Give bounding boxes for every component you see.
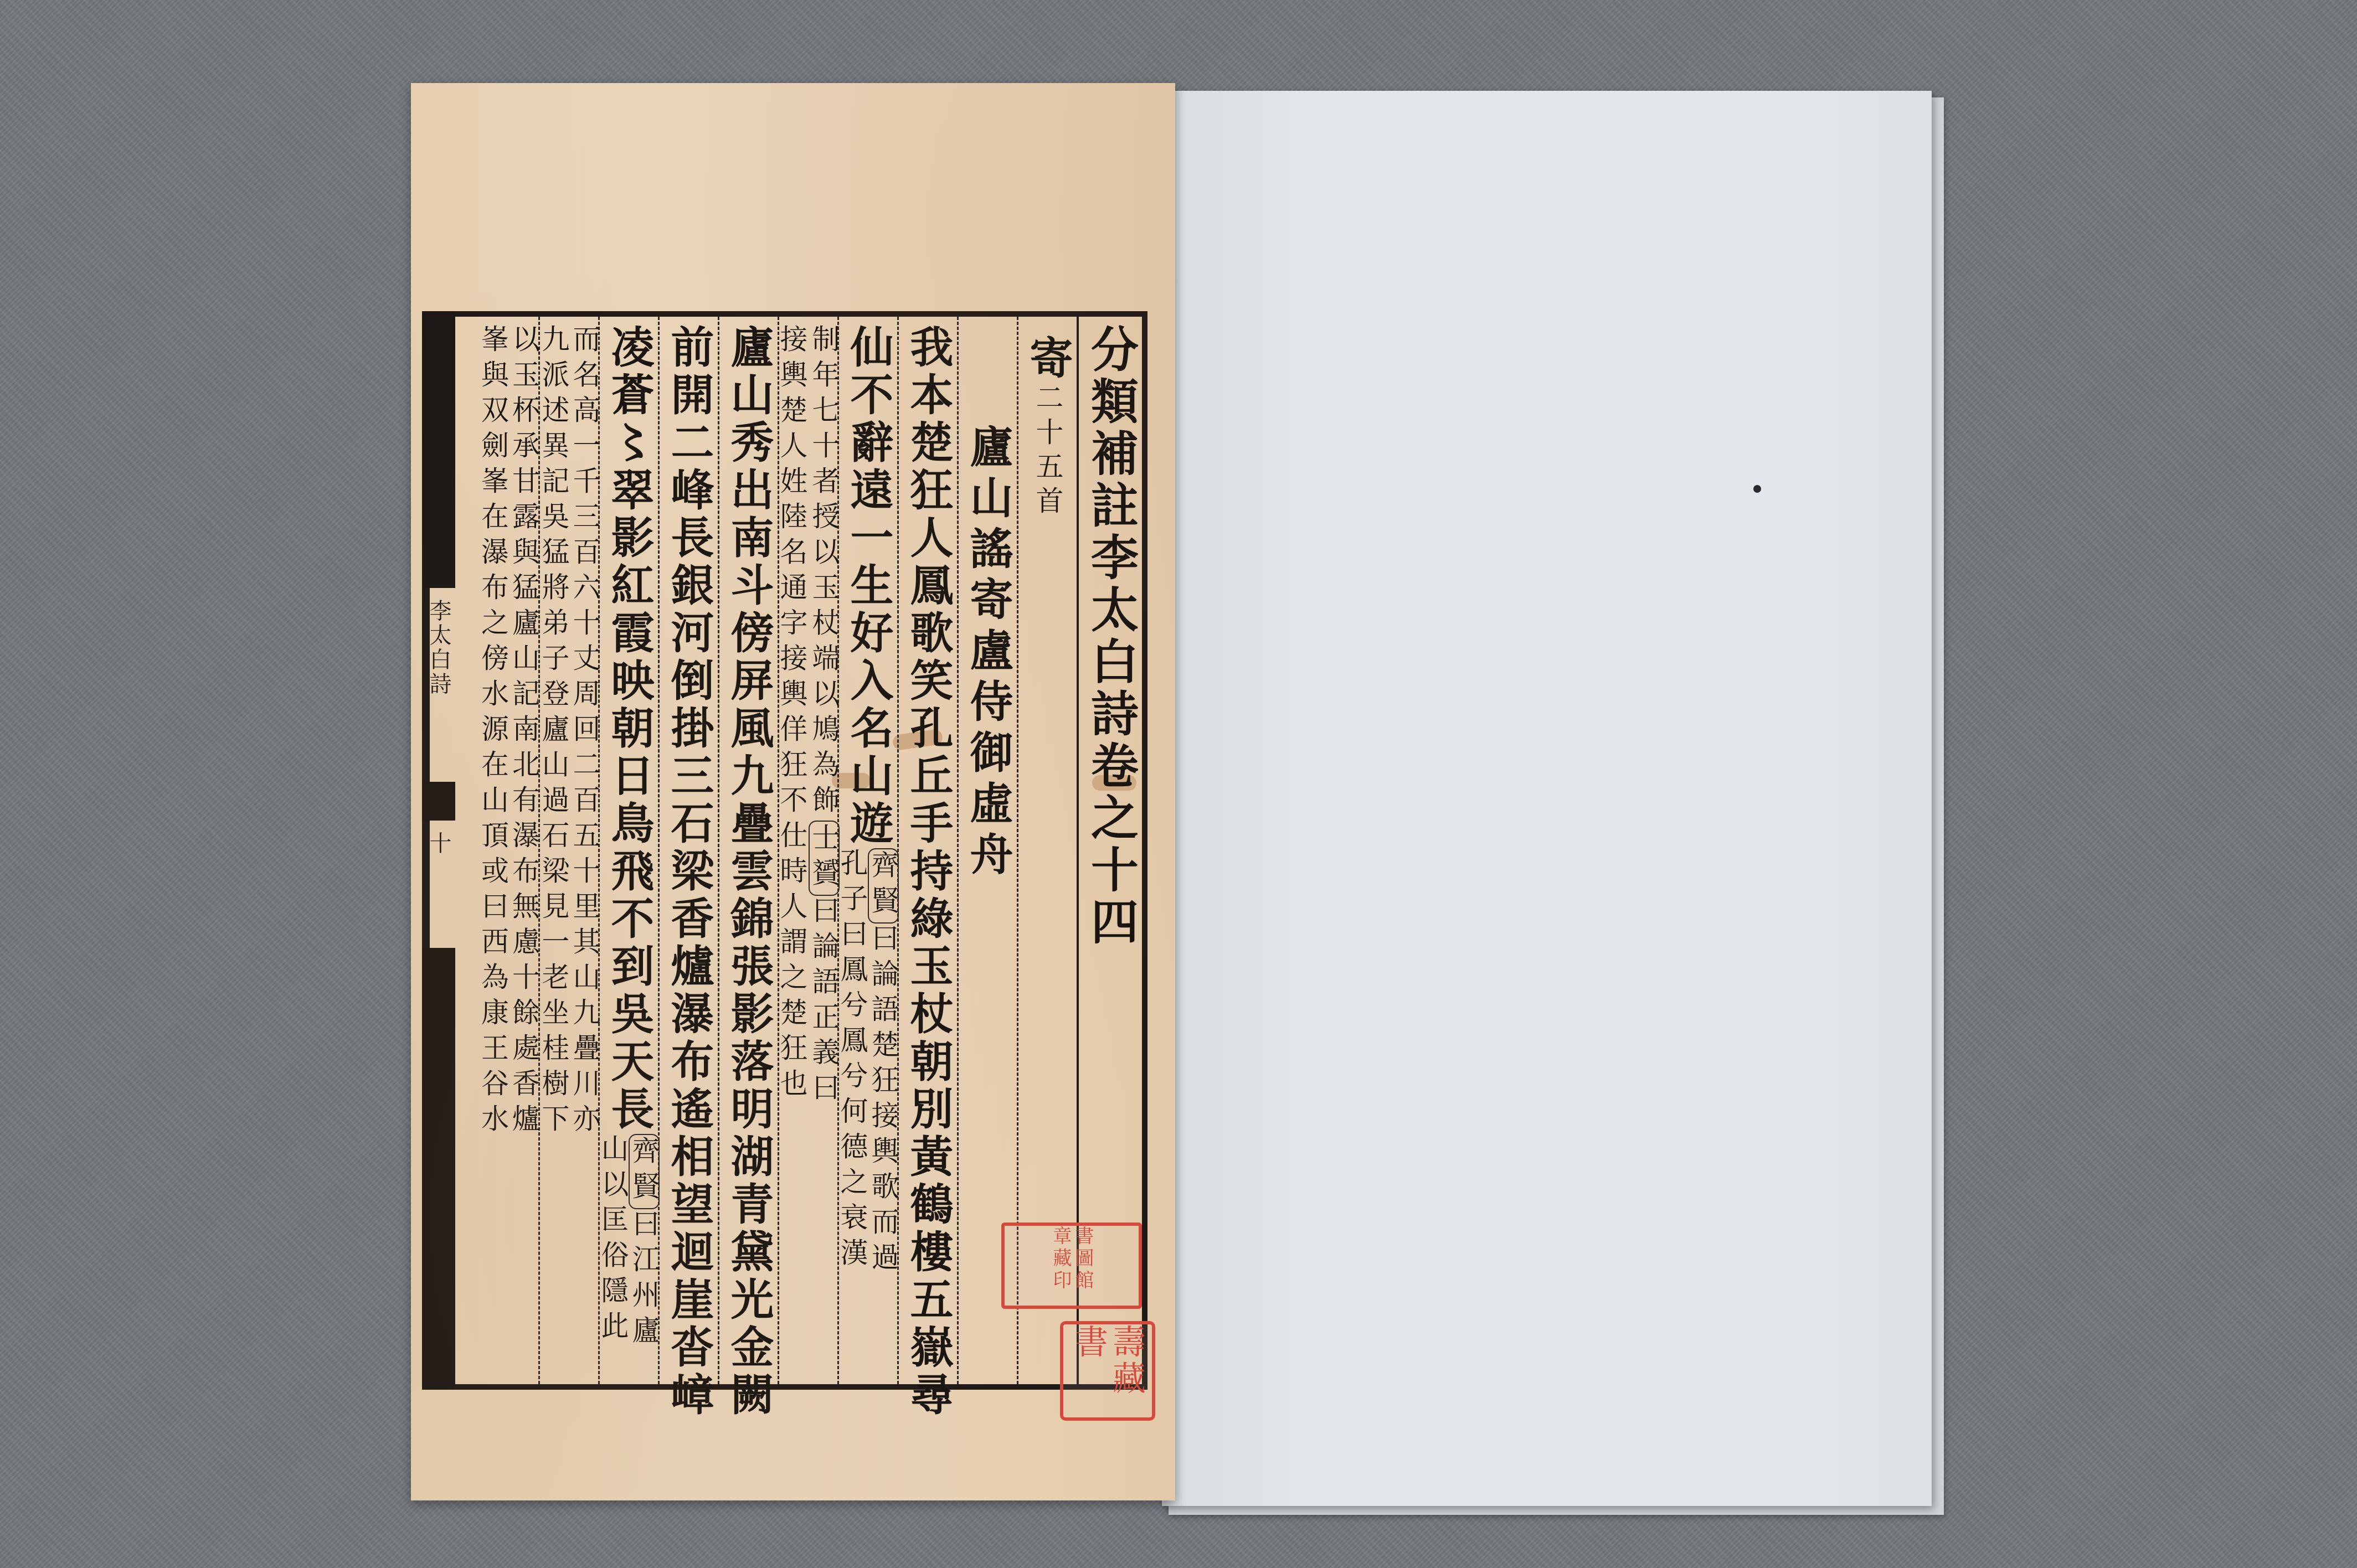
poem-line: 仙不辭遠一生好入名山遊 [841, 324, 896, 848]
column-body-4: 廬山秀出南斗傍屏風九疊雲錦張影落明湖青黛光金闕 [718, 317, 778, 1384]
commentary-left: 九派述異記吳猛將弟子登廬山過石梁見一老坐桂樹下 [539, 324, 568, 1384]
commentator-marker: 齊賢 [868, 848, 899, 924]
fold-black-block [422, 311, 455, 588]
commentary-left: 山以匡俗隱此 [599, 1134, 627, 1351]
ink-speck [1753, 485, 1761, 493]
column-body-6: 凌蒼〻翠影紅霞映朝日鳥飛不到吳天長 齊賢 曰江州廬 山以匡俗隱此 [598, 317, 658, 1384]
commentary-left: 孔子曰鳳兮鳳兮何德之衰漢 [838, 848, 867, 1278]
column-body-2: 仙不辭遠一生好入名山遊 齊賢 曰論語楚狂接輿歌而過 孔子曰鳳兮鳳兮何德之衰漢 [837, 317, 897, 1384]
poem-line: 前開二峰長銀河倒掛三石梁香爐瀑布遙相望迴崖沓嶂 [661, 324, 717, 1384]
section-count-note: 二十五首 [1033, 383, 1062, 520]
column-body-1: 我本楚狂人鳳歌笑孔丘手持綠玉杖朝別黃鶴樓五嶽尋 [897, 317, 957, 1384]
column-body-8: 以玉杯承甘露與猛廬山記南北有瀑布無慮十餘處香爐 峯與双劍峯在瀑布之傍水源在山頂或… [478, 317, 538, 1384]
commentary-right: 曰江州廬 [630, 1209, 658, 1351]
commentary-right: 曰論語楚狂接輿歌而過 [869, 924, 898, 1278]
section-heading: 寄 [1020, 336, 1075, 383]
commentary-right: 制年七十者授以玉杖端以鳩為飾 [810, 324, 838, 821]
commentary-right: 以玉杯承甘露與猛廬山記南北有瀑布無慮十餘處香爐 [510, 324, 538, 1384]
fold-fragment: 十 [425, 832, 452, 856]
commentary-right-cont: 曰論語正義曰 [810, 896, 838, 1108]
commentary-left: 接輿楚人姓陸名通字接輿佯狂不仕時人謂之楚狂也 [778, 324, 806, 1384]
commentator-marker: 齊賢 [629, 1134, 660, 1209]
fold-edge-strip: 李太白詩 十 [422, 311, 455, 1390]
poem-title: 廬山謠寄盧侍御虛舟 [960, 424, 1016, 883]
poem-line: 凌蒼〻翠影紅霞映朝日鳥飛不到吳天長 [601, 324, 657, 1134]
commentary-left: 峯與双劍峯在瀑布之傍水源在山頂或曰西為康王谷水 [478, 324, 507, 1384]
commentary-pair: 齊賢 曰論語楚狂接輿歌而過 孔子曰鳳兮鳳兮何德之衰漢 [838, 848, 899, 1278]
collector-seal-rectangular: 書圖館章藏印 [1001, 1223, 1142, 1309]
fold-fragment: 李太白詩 [425, 599, 452, 697]
left-printed-page: 李太白詩 十 分類補註李太白詩卷之十四 寄 二十五首 廬山謠寄盧侍御虛舟 [411, 83, 1175, 1500]
poem-line: 廬山秀出南斗傍屏風九疊雲錦張影落明湖青黛光金闕 [721, 324, 776, 1384]
commentator-marker: 士贇 [809, 821, 840, 896]
commentary-right: 而名高一千三百六十丈周回二百五十里其山九疊川亦 [570, 324, 599, 1384]
fold-black-block [422, 948, 455, 1390]
right-blank-page [1162, 91, 1932, 1506]
column-body-5: 前開二峰長銀河倒掛三石梁香爐瀑布遙相望迴崖沓嶂 [658, 317, 718, 1384]
fold-black-block [422, 782, 455, 821]
poem-line: 我本楚狂人鳳歌笑孔丘手持綠玉杖朝別黃鶴樓五嶽尋 [900, 324, 956, 1384]
column-body-7: 而名高一千三百六十丈周回二百五十里其山九疊川亦 九派述異記吳猛將弟子登廬山過石梁… [538, 317, 598, 1384]
column-body-3: 制年七十者授以玉杖端以鳩為飾 士贇 曰論語正義曰 接輿楚人姓陸名通字接輿佯狂不仕… [778, 317, 837, 1384]
collector-seal-square: 壽藏書 [1060, 1321, 1155, 1421]
commentary-pair: 齊賢 曰江州廬 山以匡俗隱此 [599, 1134, 660, 1351]
